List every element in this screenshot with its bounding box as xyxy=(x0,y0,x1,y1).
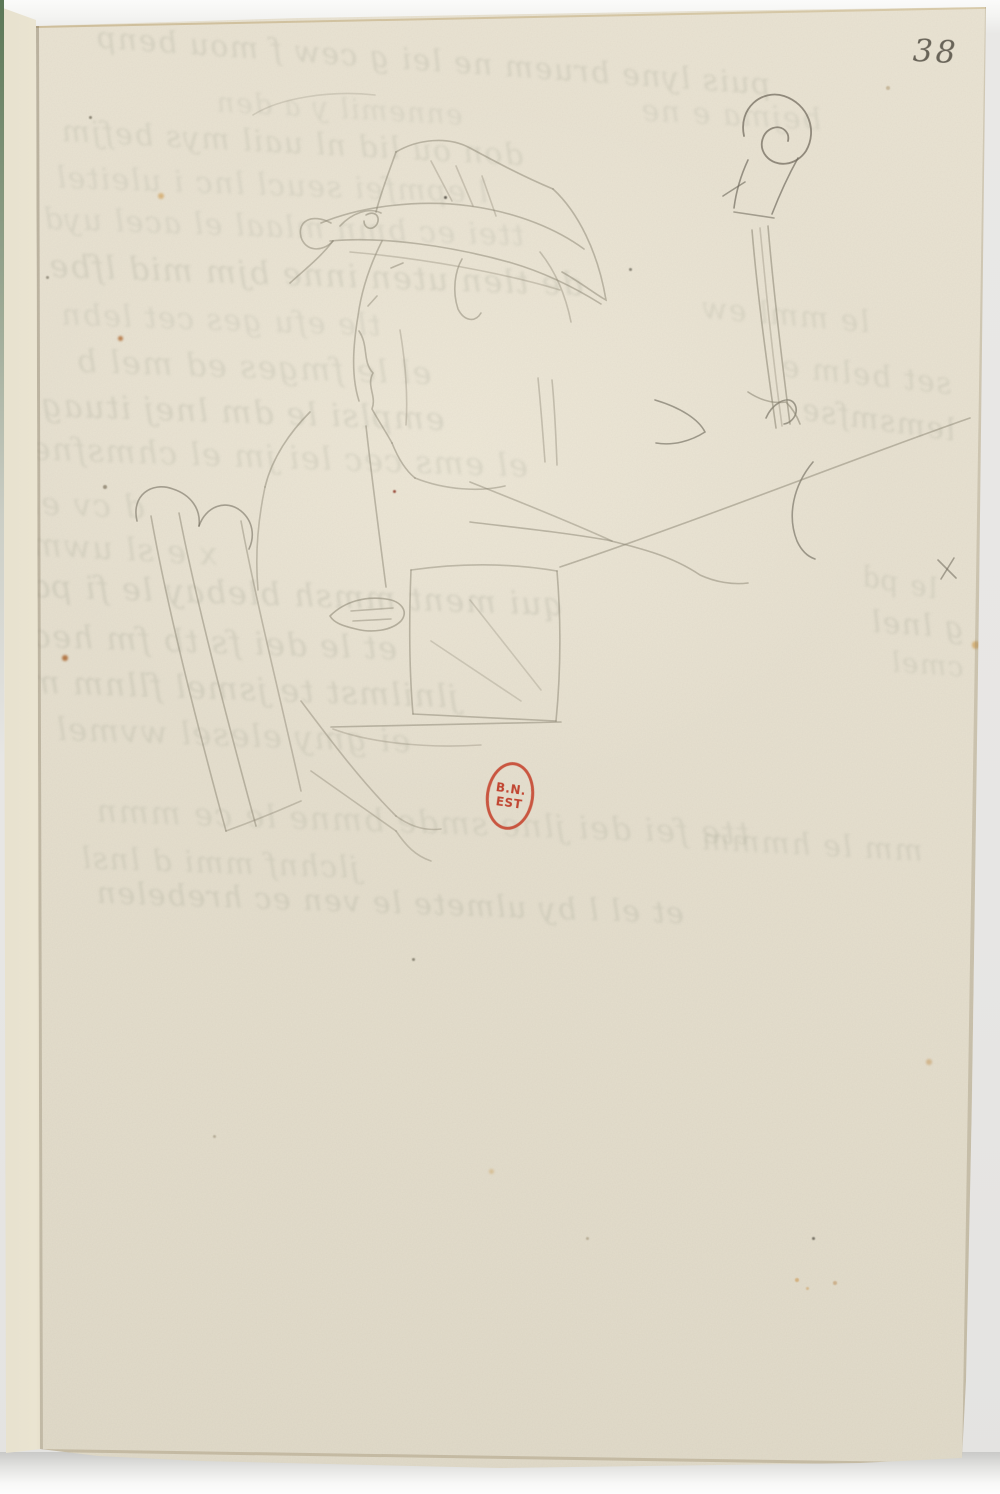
sketch-stroke xyxy=(415,478,505,489)
foxing-spot xyxy=(926,1059,932,1065)
folio-number: 38 xyxy=(912,33,959,71)
sketchbook-page: puis lyne bruem ne lei g cew f mou benpe… xyxy=(0,0,1000,1494)
binding-edge-green xyxy=(0,0,4,760)
sketch-stroke xyxy=(540,252,571,322)
foxing-spot xyxy=(806,1287,809,1290)
foxing-spot xyxy=(62,655,68,661)
sketch-stroke xyxy=(396,140,553,189)
foxing-spot xyxy=(812,1237,815,1240)
sketch-stroke xyxy=(257,487,265,590)
sketch-stroke xyxy=(396,831,431,861)
sketch-stroke xyxy=(136,487,199,526)
sketch-stroke xyxy=(734,212,774,218)
sketch-stroke xyxy=(552,380,557,465)
sketch-stroke xyxy=(560,418,970,567)
sketch-stroke xyxy=(366,426,386,587)
foxing-spot xyxy=(833,1281,837,1285)
sketch-stroke xyxy=(359,331,392,443)
sketch-stroke xyxy=(376,152,396,212)
sketch-stroke xyxy=(253,94,375,115)
foxing-spot xyxy=(586,1237,589,1240)
sketch-stroke xyxy=(179,513,256,826)
sketch-stroke xyxy=(941,558,954,579)
sketch-stroke xyxy=(391,263,403,268)
sketch-stroke xyxy=(772,158,798,214)
sketch-stroke xyxy=(396,816,441,829)
sketch-stroke xyxy=(199,505,252,549)
sketch-stroke xyxy=(723,182,745,196)
foxing-spot xyxy=(393,490,396,493)
sketch-stroke xyxy=(353,619,391,621)
sketch-stroke xyxy=(333,729,481,746)
sketch-stroke xyxy=(226,801,301,831)
pencil-sketch xyxy=(0,0,1000,1494)
foxing-spot xyxy=(89,116,92,119)
sketch-stroke xyxy=(400,330,407,425)
sketch-stroke xyxy=(321,203,584,249)
foxing-spot xyxy=(158,193,164,199)
foxing-spot xyxy=(886,86,890,90)
foxing-spot xyxy=(412,958,415,961)
sketch-stroke xyxy=(553,189,606,300)
sketch-stroke xyxy=(556,571,560,721)
foxing-spot xyxy=(444,196,447,199)
sketch-stroke xyxy=(330,240,601,304)
sketch-stroke xyxy=(301,701,396,816)
sketch-stroke xyxy=(311,771,396,831)
sketch-stroke xyxy=(368,296,377,306)
sketch-stroke xyxy=(392,443,415,478)
sketch-stroke xyxy=(354,241,382,401)
stamp-line2: EST xyxy=(495,794,523,812)
sketch-stroke xyxy=(413,714,556,721)
sketch-stroke xyxy=(431,641,521,701)
sketch-stroke xyxy=(351,608,393,611)
sketch-stroke xyxy=(470,522,748,584)
sketch-stroke xyxy=(411,565,557,571)
foxing-spot xyxy=(46,276,49,279)
foxing-spot xyxy=(629,268,632,271)
sketch-stroke xyxy=(330,598,404,631)
foxing-spot xyxy=(213,1135,216,1138)
sketch-stroke xyxy=(752,230,776,428)
foxing-spot xyxy=(118,336,123,341)
sketch-stroke xyxy=(265,412,310,487)
sketch-stroke xyxy=(151,516,226,831)
sketch-stroke xyxy=(538,378,545,462)
sketch-stroke xyxy=(743,95,811,164)
foxing-spot xyxy=(103,485,107,489)
sketch-stroke xyxy=(456,166,473,206)
foxing-spot xyxy=(489,1169,494,1174)
sketch-stroke xyxy=(470,600,541,690)
sketch-stroke xyxy=(364,213,378,228)
scan-background: puis lyne bruem ne lei g cew f mou benpe… xyxy=(0,0,1000,1494)
sketch-stroke xyxy=(331,722,561,727)
sketch-stroke xyxy=(655,400,705,444)
sketch-stroke xyxy=(410,570,413,714)
sketch-stroke xyxy=(470,482,612,541)
foxing-spot xyxy=(795,1278,799,1282)
sketch-stroke xyxy=(300,219,333,249)
sketch-stroke xyxy=(290,241,333,283)
sketch-stroke xyxy=(431,161,452,201)
sketch-stroke xyxy=(241,521,301,791)
